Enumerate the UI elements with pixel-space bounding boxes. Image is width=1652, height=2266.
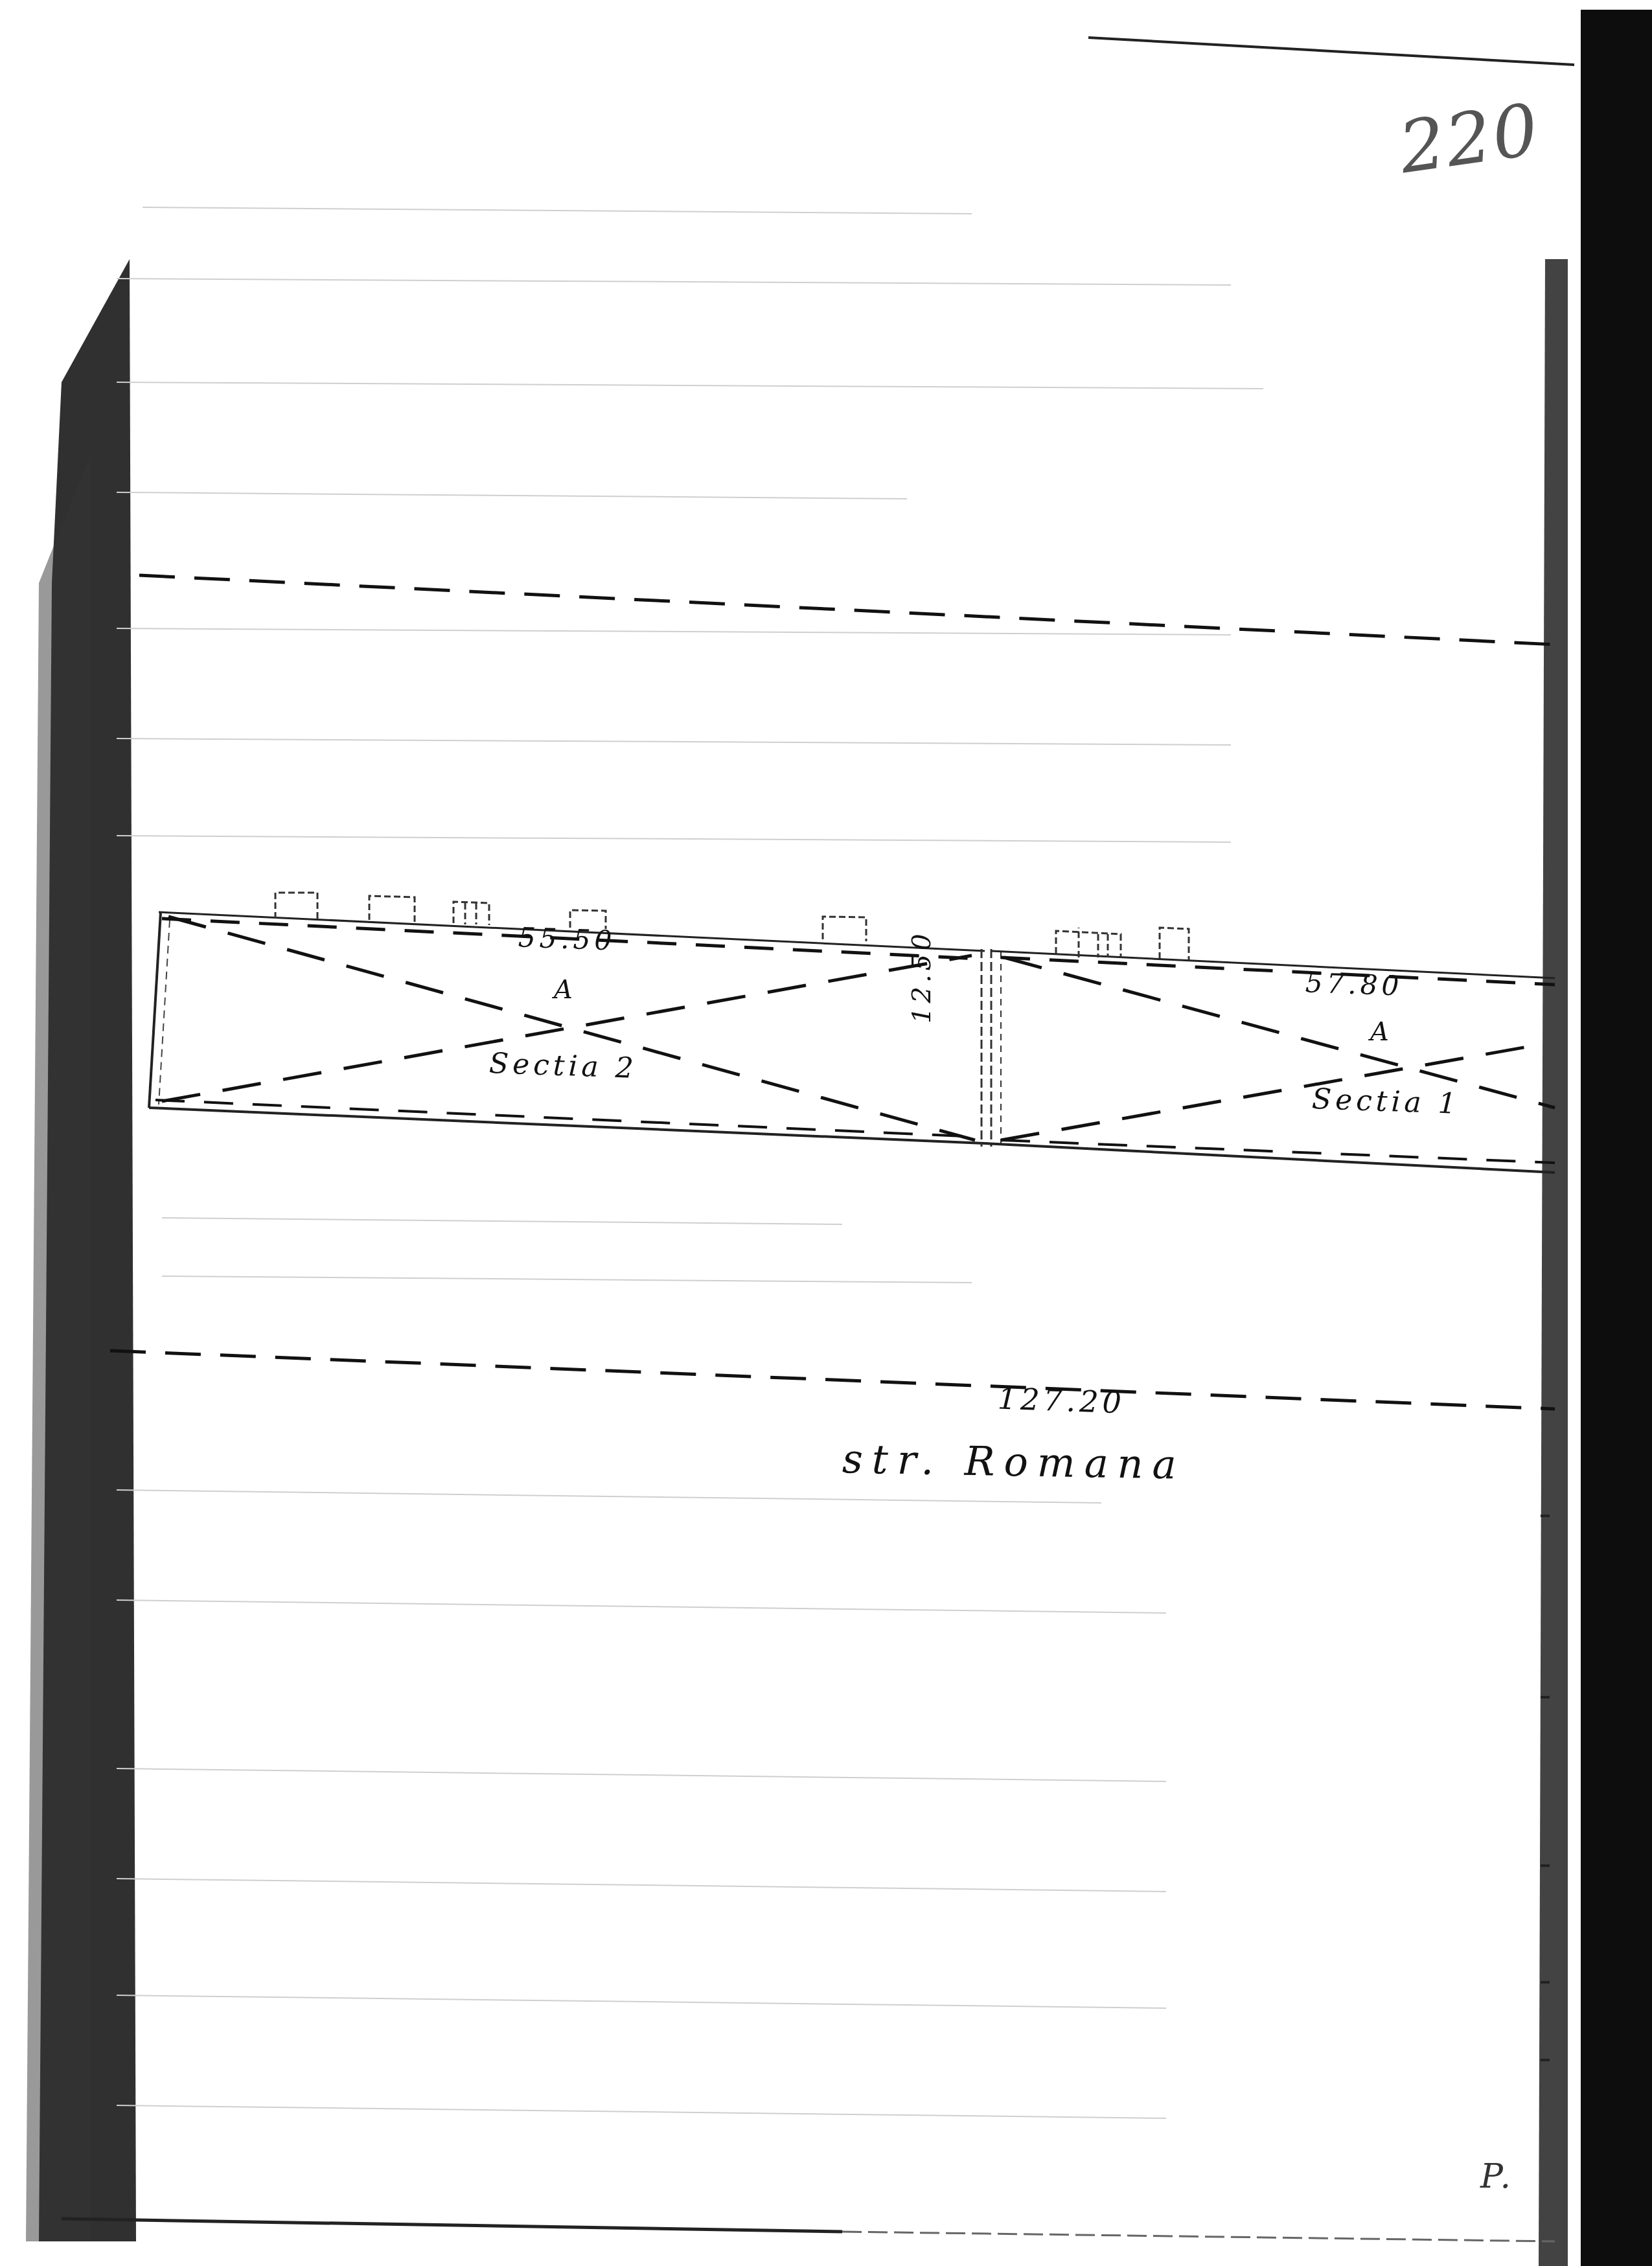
left-scan-shadow bbox=[26, 259, 136, 2241]
top-rule bbox=[1088, 38, 1574, 65]
site-plan-drawing bbox=[0, 0, 1652, 2266]
faint-ruling bbox=[117, 207, 1263, 2118]
upper-boundary-line bbox=[139, 575, 1555, 645]
outbuildings bbox=[275, 893, 1189, 960]
scanned-page: 220 55.50 A Sectia 2 12.50 57.80 A Secti… bbox=[0, 0, 1652, 2266]
street-boundary-line bbox=[110, 1351, 1555, 1409]
section-2-marker: A bbox=[554, 975, 577, 1005]
right-scan-shadow bbox=[1539, 10, 1652, 2266]
section-1-marker: A bbox=[1370, 1017, 1393, 1047]
depth-dimension: 12.50 bbox=[907, 930, 937, 1024]
section-2-label: Sectia 2 bbox=[488, 1047, 637, 1085]
section-1-label: Sectia 1 bbox=[1311, 1082, 1460, 1121]
street-frontage-dimension: 127.20 bbox=[997, 1381, 1126, 1421]
section-2-frontage-dimension: 55.50 bbox=[518, 921, 616, 956]
section-1-outline bbox=[985, 951, 1555, 1173]
party-wall bbox=[981, 949, 1001, 1147]
section-1-frontage-dimension: 57.80 bbox=[1305, 967, 1403, 1001]
street-name: str. Romana bbox=[842, 1435, 1186, 1488]
initial-mark: P. bbox=[1480, 2157, 1515, 2196]
